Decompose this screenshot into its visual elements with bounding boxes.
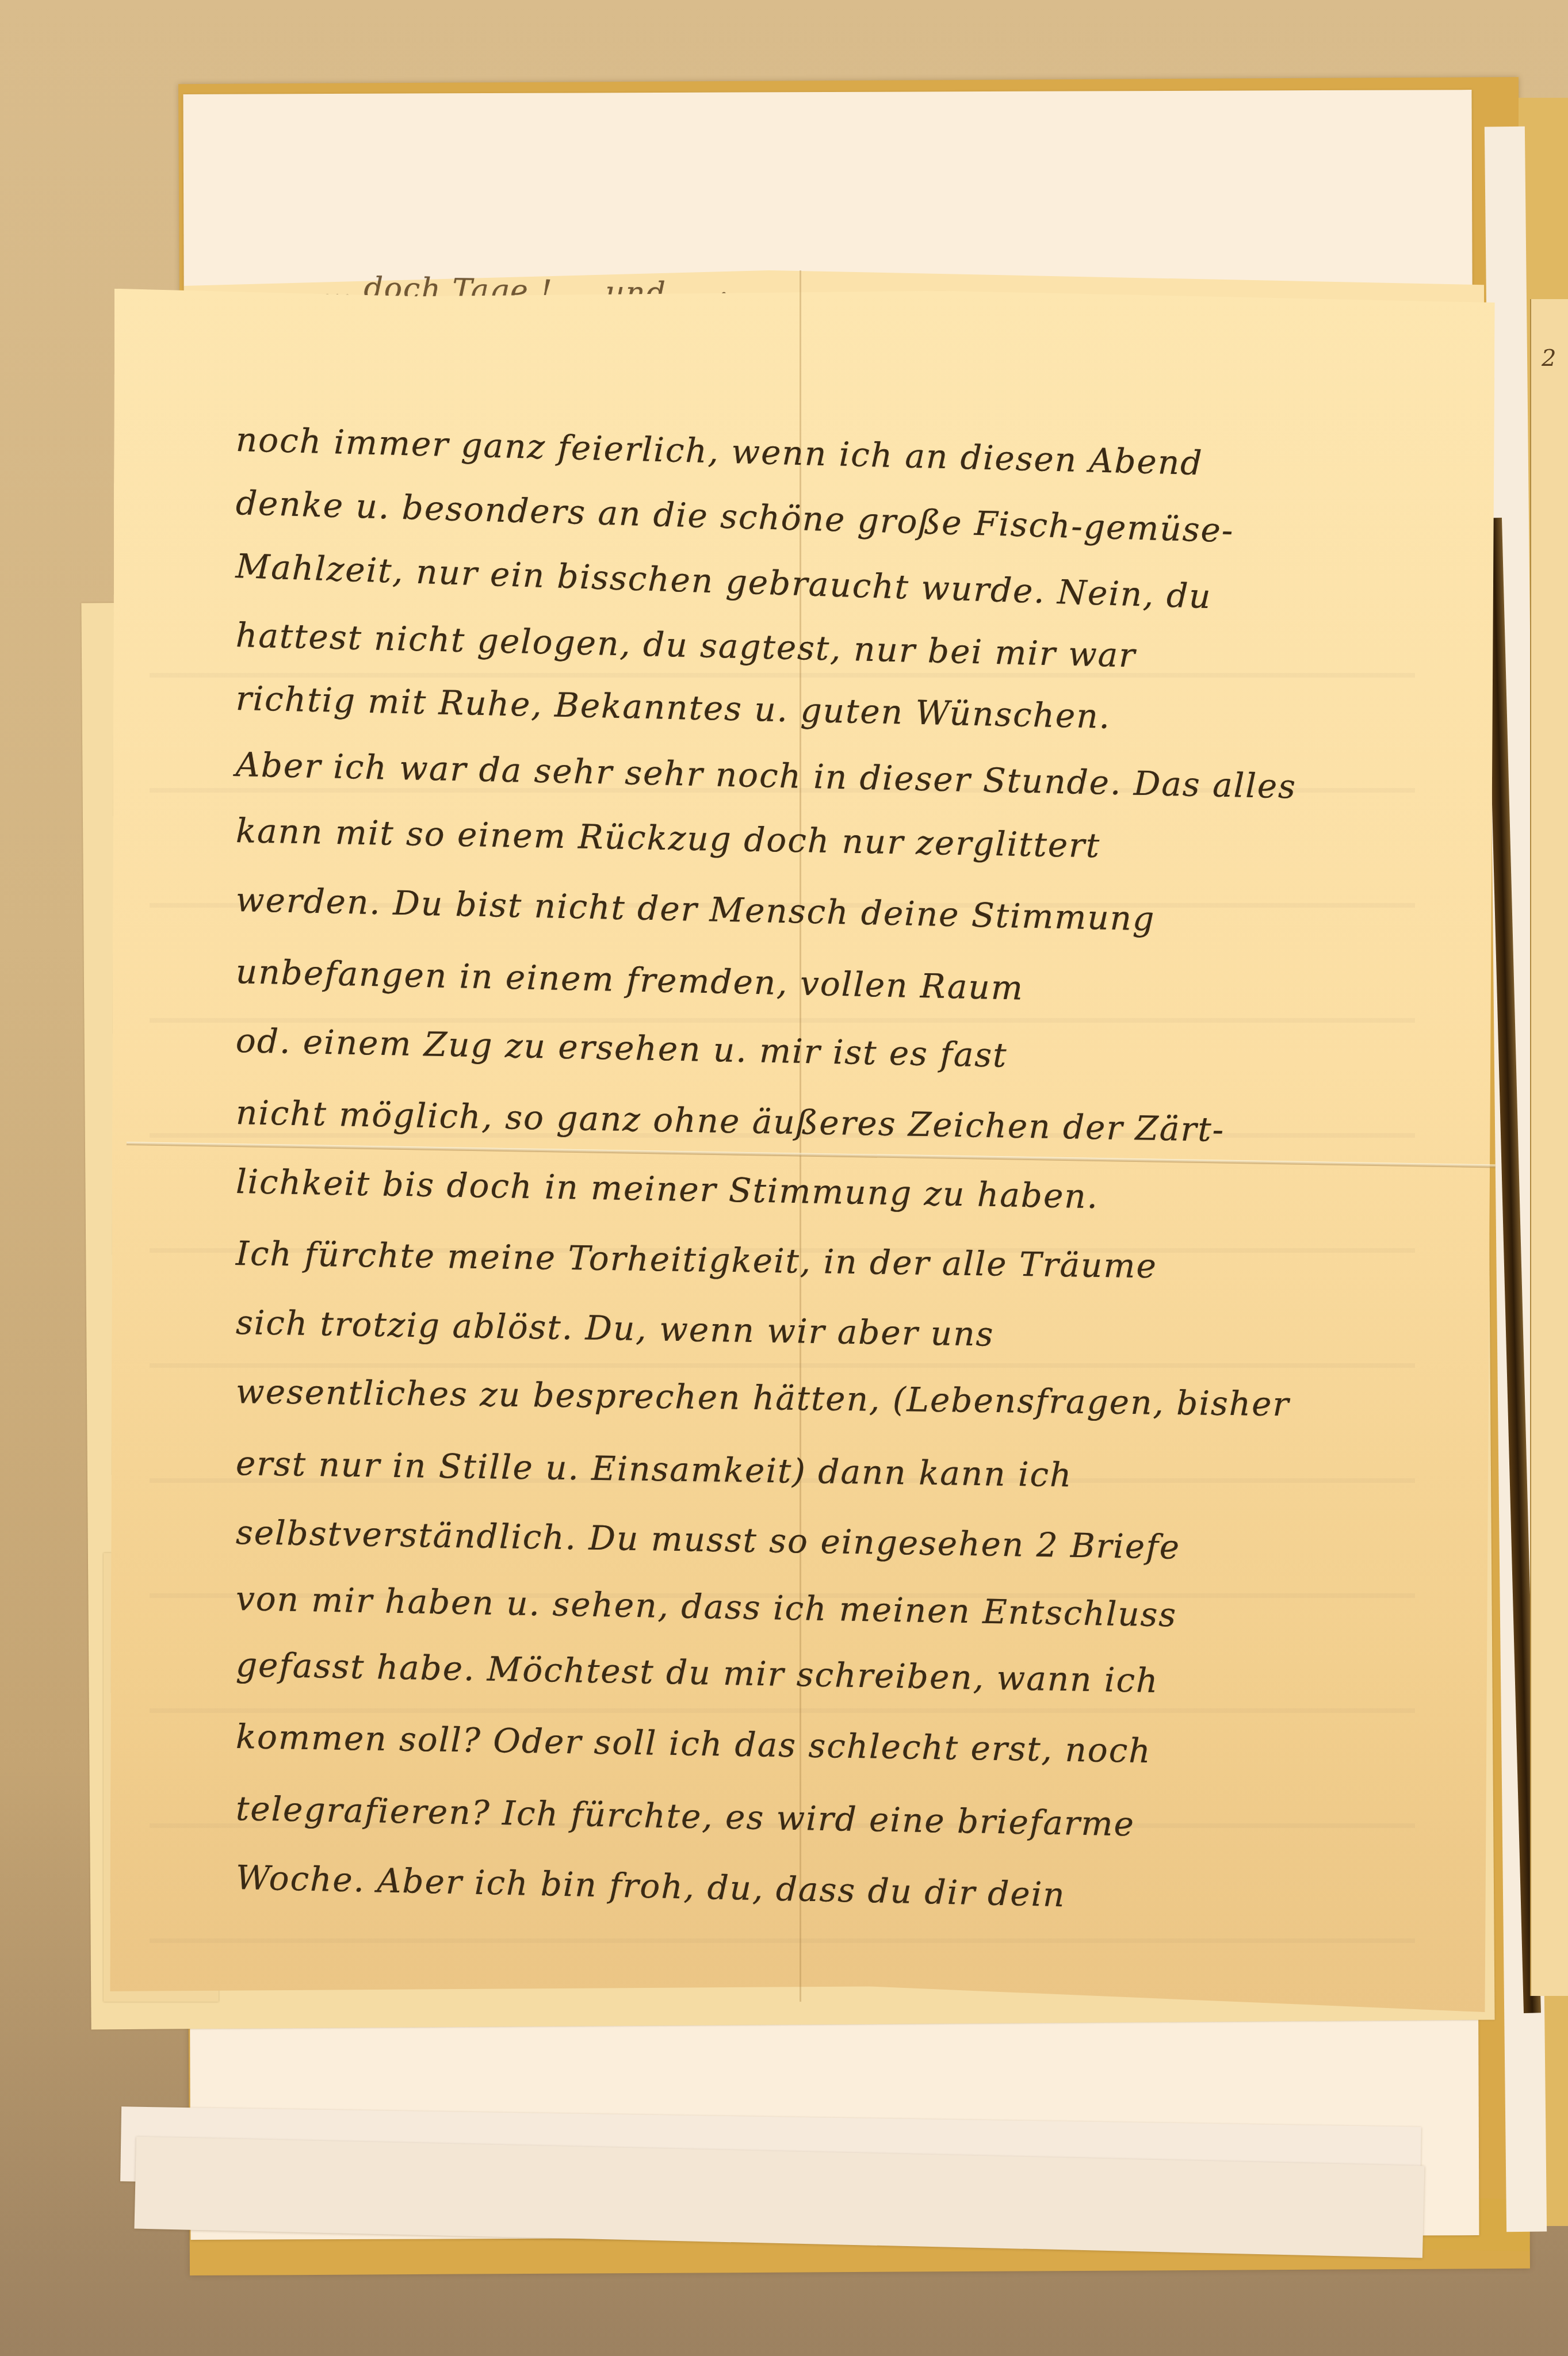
adjacent-page-mark: 2 [1542, 345, 1556, 372]
adjacent-letter-page [1530, 299, 1568, 1996]
